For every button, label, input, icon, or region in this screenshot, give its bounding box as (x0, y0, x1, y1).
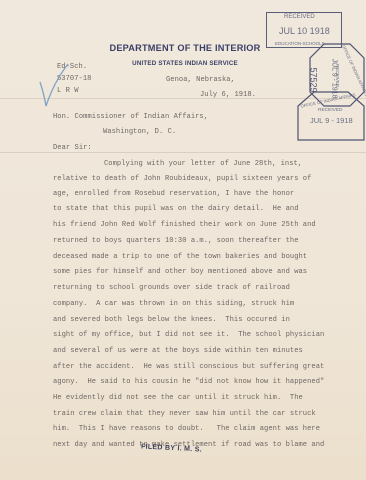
body-line: agony. He said to his cousin he "did not… (53, 378, 324, 386)
body-line: and severed both legs below the knees. T… (53, 316, 290, 324)
body-line: returning to school grounds over side tr… (53, 284, 290, 292)
body-line: company. A car was thrown in on this sid… (53, 300, 294, 308)
body-line: age, enrolled from Rosebud reservation, … (53, 190, 294, 198)
indian-office-stamp-number: 57529 (309, 67, 319, 92)
body-line: returned to boys quarters 10:30 a.m., so… (53, 237, 299, 245)
checkmark-icon (36, 62, 76, 112)
body-line: deceased made a trip to one of the town … (53, 253, 307, 261)
body-line: after the accident. He was still conscio… (53, 363, 324, 371)
indian-office-stamp-date-2: JUL 9 - 1918 (310, 116, 353, 125)
body-line: his friend John Red Wolf finished their … (53, 221, 316, 229)
body-line: and several of us were at the boys side … (53, 347, 303, 355)
indian-office-stamp-title-2: RECEIVED (318, 108, 343, 113)
body-line: to state that this pupil was on the dair… (53, 205, 299, 213)
body-line: train crew claim that they never saw him… (53, 410, 316, 418)
body-line: Complying with your letter of June 28th,… (104, 160, 302, 168)
indian-office-stamp-title-1: RECEIVED (335, 64, 340, 87)
received-stamp-title: RECEIVED (284, 14, 315, 20)
addressee-line-2: Washington, D. C. (103, 128, 176, 136)
body-line: sight of my office, but I did not see it… (53, 331, 324, 339)
date-line: July 6, 1918. (200, 91, 256, 99)
paper-crease (0, 152, 366, 153)
place-line: Genoa, Nebraska, (166, 76, 235, 84)
addressee-line-1: Hon. Commissioner of Indian Affairs, (53, 113, 208, 121)
letterhead-department: DEPARTMENT OF THE INTERIOR (100, 43, 270, 53)
received-stamp-date: JUL 10 1918 (279, 26, 330, 36)
body-line: him. This I have reasons to doubt. The c… (53, 425, 320, 433)
body-line: He evidently did not see the car until i… (53, 394, 303, 402)
letter-page: DEPARTMENT OF THE INTERIOR UNITED STATES… (0, 0, 366, 480)
body-line: some pies for himself and other boy ment… (53, 268, 307, 276)
letterhead-service: UNITED STATES INDIAN SERVICE (100, 60, 270, 67)
body-line: relative to death of John Roubideaux, pu… (53, 175, 311, 183)
salutation: Dear Sir: (53, 144, 92, 152)
